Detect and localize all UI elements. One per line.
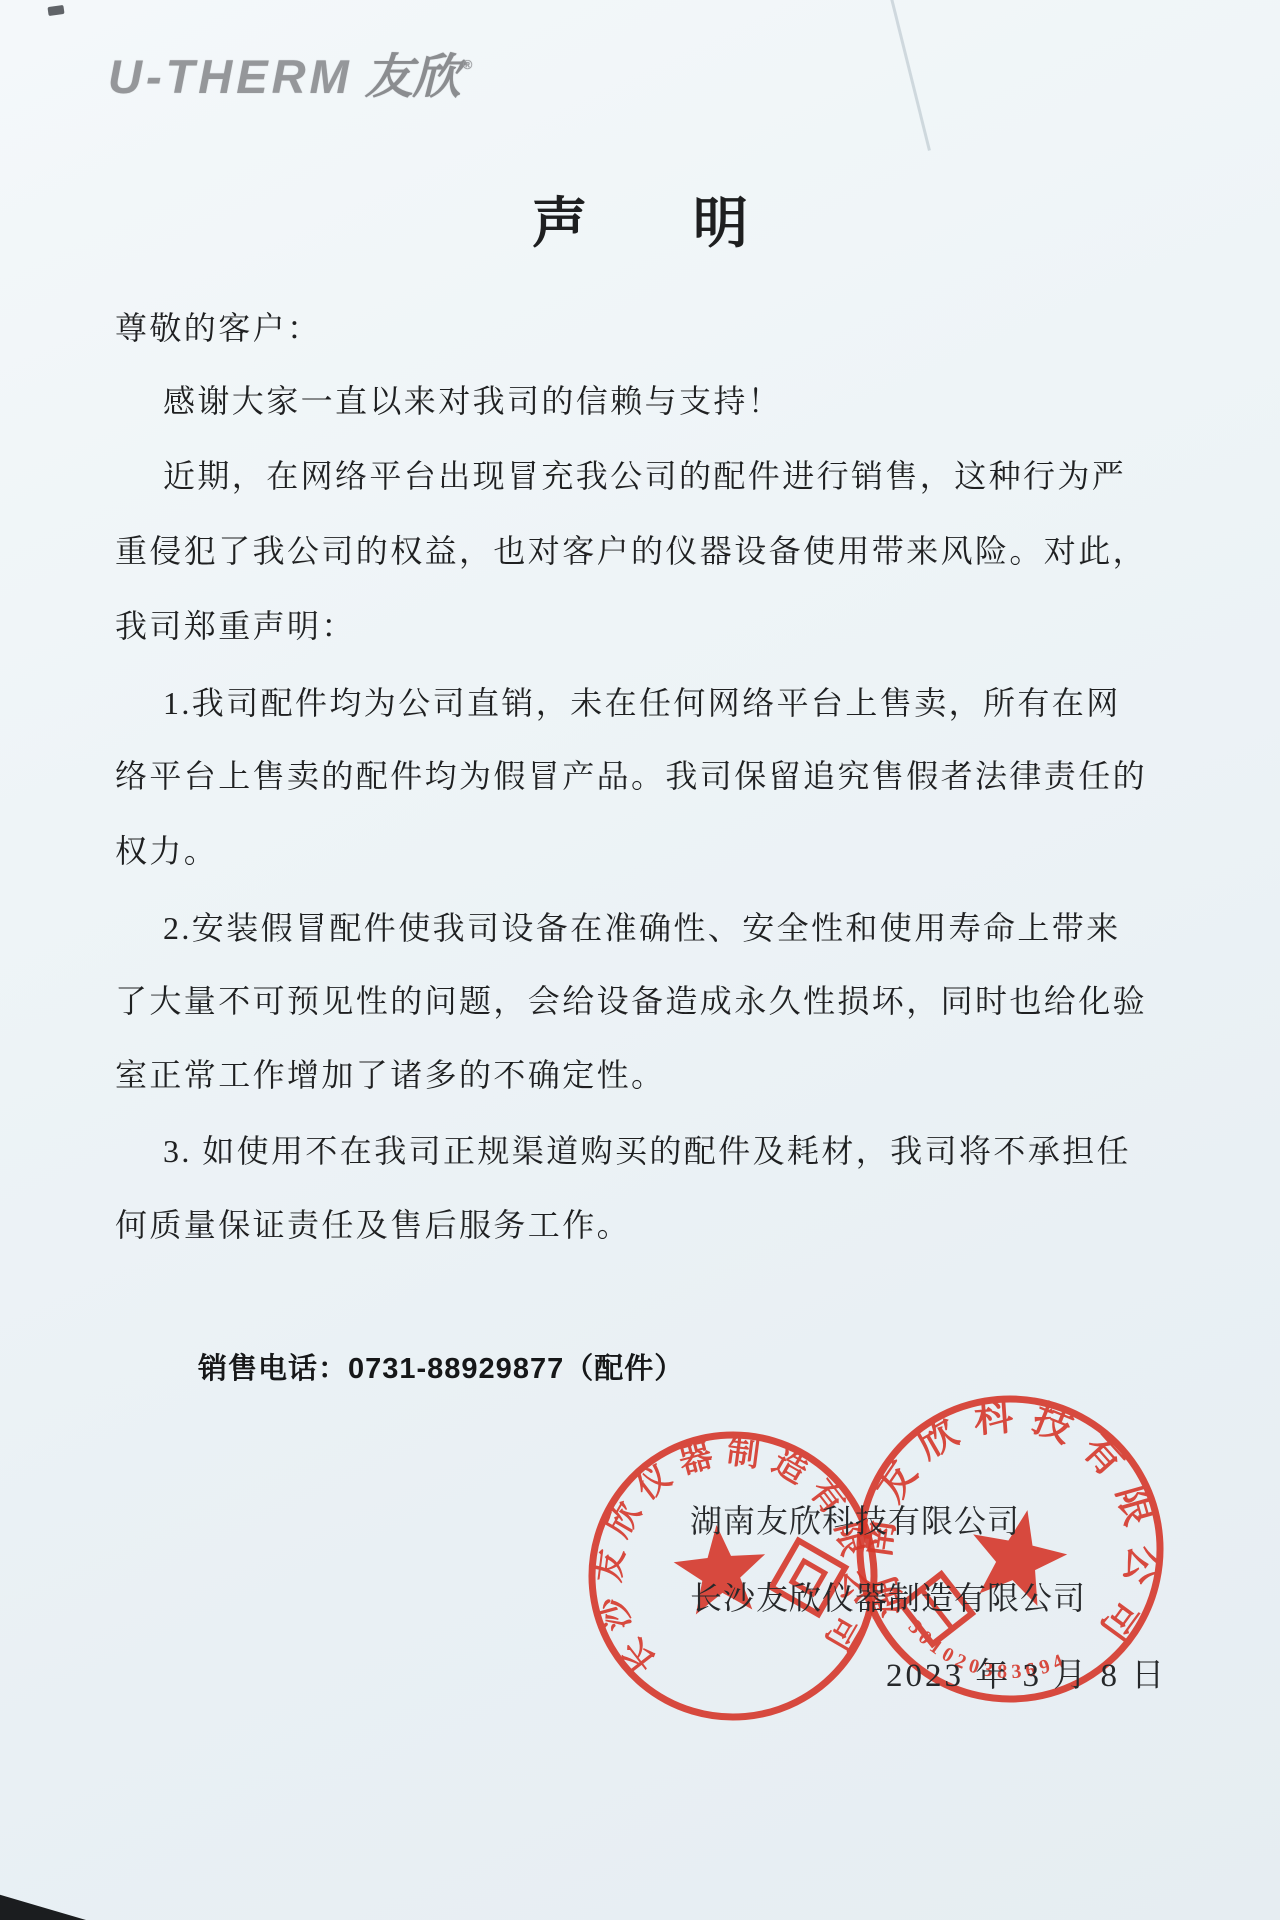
scan-artifact-mark [47, 5, 64, 16]
body-line: 重侵犯了我公司的权益，也对客户的仪器设备使用带来风险。对此， [115, 526, 1175, 566]
page-title: 声 明 [532, 196, 748, 251]
signature-company-2: 长沙友欣仪器制造有限公司 [690, 1573, 1086, 1619]
body-line: 2.安装假冒配件使我司设备在准确性、安全性和使用寿命上带来 [115, 903, 1223, 943]
logo-latin-text: U-THERM [108, 49, 353, 104]
company-logo: U-THERM 友欣 ® [108, 38, 472, 107]
body-line: 权力。 [115, 826, 1175, 866]
title-char-1: 声 [532, 196, 587, 251]
body-line: 3. 如使用不在我司正规渠道购买的配件及耗材，我司将不承担任 [115, 1126, 1223, 1166]
body-line: 络平台上售卖的配件均为假冒产品。我司保留追究售假者法律责任的 [115, 751, 1175, 791]
body-line: 室正常工作增加了诸多的不确定性。 [115, 1050, 1175, 1090]
body-line: 尊敬的客户： [115, 303, 1175, 343]
registered-trademark-icon: ® [463, 57, 473, 72]
signature-company-1: 湖南友欣科技有限公司 [690, 1496, 1020, 1542]
body-line: 我司郑重声明： [115, 601, 1175, 641]
body-line: 了大量不可预见性的问题，会给设备造成永久性损坏，同时也给化验 [115, 976, 1175, 1016]
body-line: 感谢大家一直以来对我司的信赖与支持！ [115, 376, 1223, 416]
body-line: 1.我司配件均为公司直销，未在任何网络平台上售卖，所有在网 [115, 678, 1223, 718]
paper-crease [888, 0, 931, 151]
body-line: 何质量保证责任及售后服务工作。 [115, 1200, 1175, 1240]
signature-date: 2023 年 3 月 8 日 [886, 1649, 1167, 1696]
title-char-2: 明 [693, 196, 748, 251]
logo-chinese-text: 友欣 [365, 38, 461, 107]
body-line: 近期，在网络平台出现冒充我公司的配件进行销售，这种行为严 [115, 451, 1223, 491]
sales-phone-line: 销售电话：0731-88929877（配件） [198, 1346, 684, 1387]
scan-edge-shadow [0, 1892, 86, 1920]
scanned-document: U-THERM 友欣 ® 声 明 尊敬的客户： 感谢大家一直以来对我司的信赖与支… [0, 0, 1280, 1920]
